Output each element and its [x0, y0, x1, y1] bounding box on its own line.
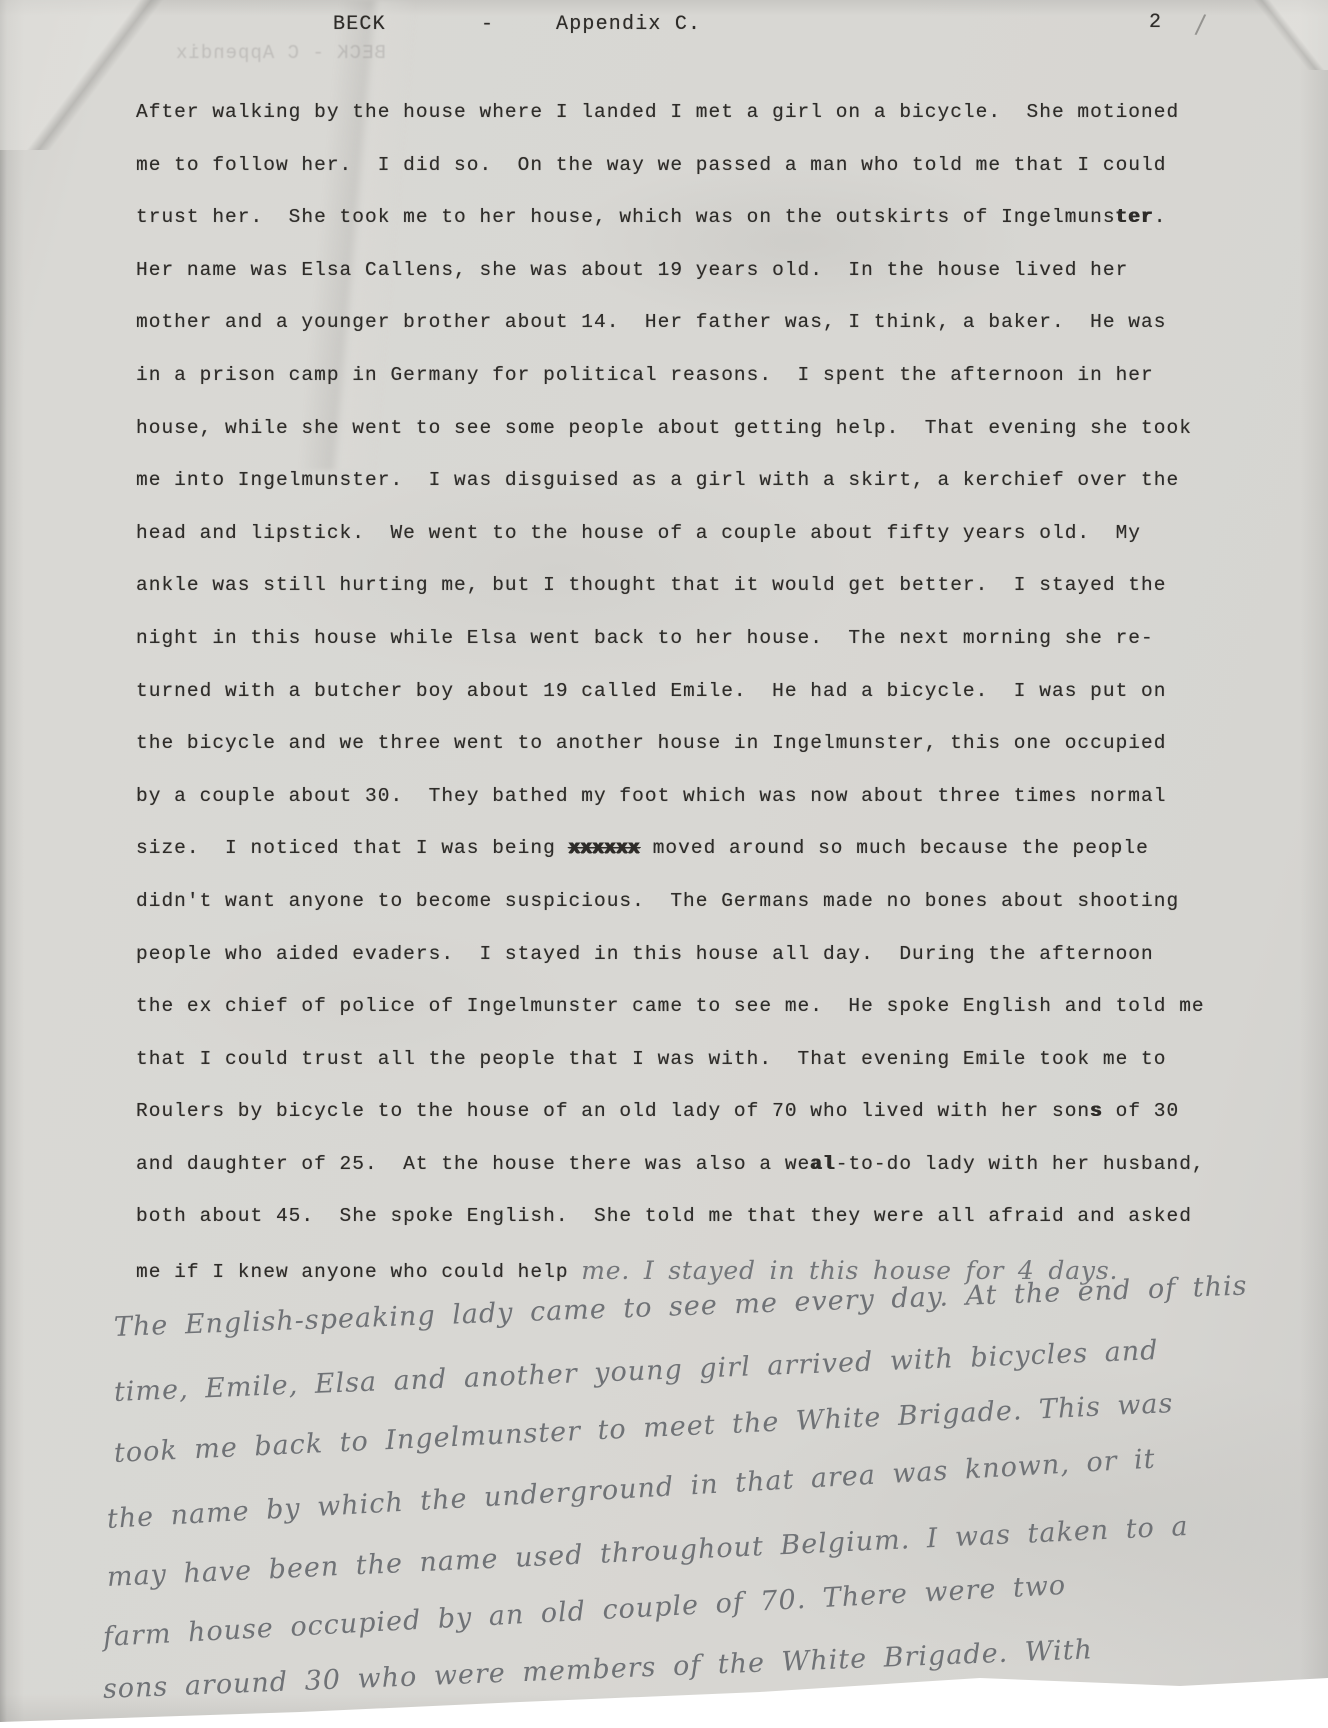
typed-text: size. I noticed that I was being	[136, 837, 569, 859]
typed-text: moved around so much because the people	[640, 837, 1149, 859]
typed-text: of 30	[1103, 1100, 1179, 1122]
typed-line: size. I noticed that I was being xxxxxx …	[136, 822, 1205, 875]
typed-text: by a couple about 30. They bathed my foo…	[136, 785, 1166, 807]
typed-line: turned with a butcher boy about 19 calle…	[136, 665, 1205, 718]
typed-line: trust her. She took me to her house, whi…	[136, 191, 1205, 244]
typed-line: in a prison camp in Germany for politica…	[136, 349, 1205, 402]
typed-text: ter	[1116, 206, 1154, 228]
typed-line: and daughter of 25. At the house there w…	[136, 1138, 1205, 1191]
typed-line: night in this house while Elsa went back…	[136, 612, 1205, 665]
typed-text: and daughter of 25. At the house there w…	[136, 1153, 810, 1175]
typed-line: didn't want anyone to become suspicious.…	[136, 875, 1205, 928]
header-name: BECK	[333, 13, 386, 36]
paper-sheet: BECK - C Appendix BECK - Appendix C. 2 /…	[0, 0, 1328, 1728]
typed-text: both about 45. She spoke English. She to…	[136, 1205, 1192, 1227]
typed-text: house, while she went to see some people…	[136, 417, 1192, 439]
struck-out-word: xxxxxx	[569, 837, 640, 859]
typed-line: house, while she went to see some people…	[136, 402, 1205, 455]
typed-text: ankle was still hurting me, but I though…	[136, 574, 1166, 596]
typed-text: in a prison camp in Germany for politica…	[136, 364, 1154, 386]
typed-line: Her name was Elsa Callens, she was about…	[136, 244, 1205, 297]
typed-line: people who aided evaders. I stayed in th…	[136, 928, 1205, 981]
typed-line: that I could trust all the people that I…	[136, 1033, 1205, 1086]
typed-line: After walking by the house where I lande…	[136, 86, 1205, 139]
typed-text: the ex chief of police of Ingelmunster c…	[136, 995, 1205, 1017]
typed-line: me to follow her. I did so. On the way w…	[136, 139, 1205, 192]
typed-line: the bicycle and we three went to another…	[136, 717, 1205, 770]
typed-text: .	[1154, 206, 1167, 228]
typed-line: Roulers by bicycle to the house of an ol…	[136, 1085, 1205, 1138]
typed-line: head and lipstick. We went to the house …	[136, 507, 1205, 560]
typed-text: people who aided evaders. I stayed in th…	[136, 943, 1154, 965]
pen-slash-mark: /	[1194, 10, 1207, 41]
typed-line: mother and a younger brother about 14. H…	[136, 296, 1205, 349]
typed-line: the ex chief of police of Ingelmunster c…	[136, 980, 1205, 1033]
typed-text: al	[810, 1153, 835, 1175]
ghost-bleed-text: BECK - C Appendix	[175, 42, 386, 64]
typed-line: me into Ingelmunster. I was disguised as…	[136, 454, 1205, 507]
typed-text: mother and a younger brother about 14. H…	[136, 311, 1166, 333]
typed-text: head and lipstick. We went to the house …	[136, 522, 1141, 544]
typed-text: Roulers by bicycle to the house of an ol…	[136, 1100, 1090, 1122]
page-number: 2	[1149, 11, 1162, 34]
typed-text: didn't want anyone to become suspicious.…	[136, 890, 1179, 912]
typed-line: by a couple about 30. They bathed my foo…	[136, 770, 1205, 823]
typed-text: turned with a butcher boy about 19 calle…	[136, 680, 1166, 702]
header-title: Appendix C.	[556, 13, 701, 36]
typed-text: After walking by the house where I lande…	[136, 101, 1179, 123]
typed-line: ankle was still hurting me, but I though…	[136, 559, 1205, 612]
top-right-crease	[1238, 0, 1328, 70]
typed-text: night in this house while Elsa went back…	[136, 627, 1154, 649]
typed-body: After walking by the house where I lande…	[136, 86, 1205, 1296]
typed-text: the bicycle and we three went to another…	[136, 732, 1166, 754]
typed-text: Her name was Elsa Callens, she was about…	[136, 259, 1128, 281]
typed-text: that I could trust all the people that I…	[136, 1048, 1166, 1070]
header-separator: -	[481, 13, 494, 36]
typed-text: trust her. She took me to her house, whi…	[136, 206, 1116, 228]
typed-text: -to-do lady with her husband,	[836, 1153, 1205, 1175]
typed-text: s	[1090, 1100, 1103, 1122]
typed-line: both about 45. She spoke English. She to…	[136, 1190, 1205, 1243]
typed-text: me to follow her. I did so. On the way w…	[136, 154, 1166, 176]
typed-text: me if I knew anyone who could help	[136, 1261, 581, 1283]
typed-text: me into Ingelmunster. I was disguised as…	[136, 469, 1179, 491]
